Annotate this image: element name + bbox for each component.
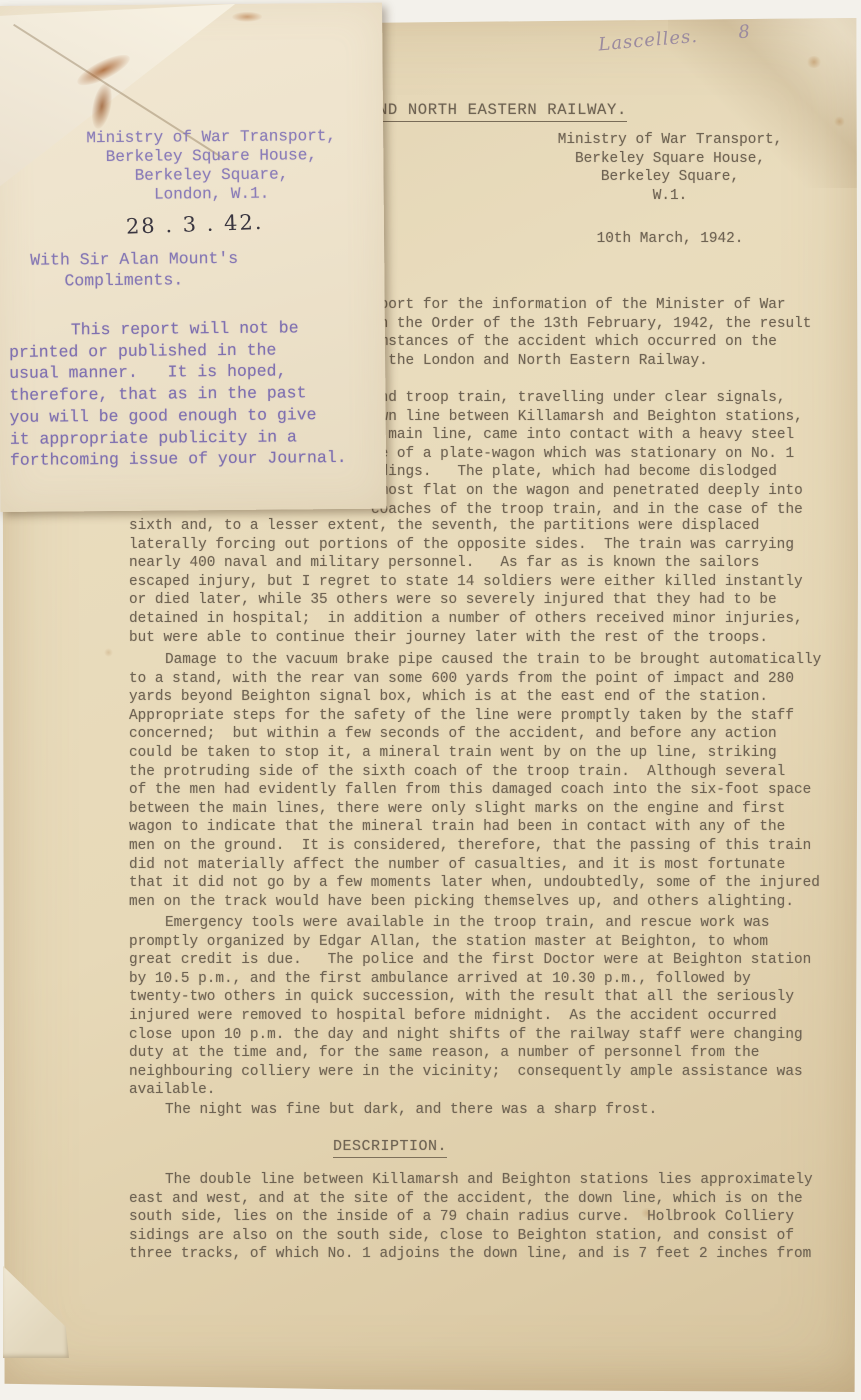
text-line: Ministry of War Transport, — [520, 131, 820, 150]
text-line: detained in hospital; in addition a numb… — [129, 610, 803, 629]
text-line: east and west, and at the site of the ac… — [129, 1190, 813, 1209]
text-line: n the London and North Eastern Railway. — [371, 352, 811, 371]
text-line: but were able to continue their journey … — [129, 629, 803, 648]
paragraph-1-fragment: eport for the information of the Ministe… — [371, 296, 811, 370]
text-line: Berkeley Square House, — [520, 150, 820, 169]
text-line: The night was fine but dark, and there w… — [129, 1101, 657, 1120]
text-line: Ministry of War Transport, — [46, 127, 376, 149]
text-line: men on the track would have been picking… — [129, 893, 821, 912]
text-line: escaped injury, but I regret to state 14… — [129, 573, 803, 592]
rust-stain — [232, 12, 262, 22]
text-line: by 10.5 p.m., and the first ambulance ar… — [129, 970, 811, 989]
paragraph-5: The night was fine but dark, and there w… — [129, 1101, 657, 1120]
text-line: de of a plate-wagon which was stationary… — [371, 445, 803, 464]
text-line: With Sir Alan Mount's — [30, 248, 238, 271]
document-date: 10th March, 1942. — [520, 231, 820, 247]
compliments-slip: Ministry of War Transport,Berkeley Squar… — [0, 3, 386, 512]
text-line: close upon 10 p.m. the day and night shi… — [129, 1026, 811, 1045]
slip-handwritten-date: 28 . 3 . 42. — [126, 210, 264, 239]
text-line: nearly 400 naval and military personnel.… — [129, 554, 803, 573]
text-line: sidings are also on the south side, clos… — [129, 1227, 813, 1246]
text-line: Compliments. — [30, 269, 238, 292]
text-line: between the main lines, there were only … — [129, 800, 821, 819]
text-line: duty at the time and, for the same reaso… — [129, 1044, 811, 1063]
text-line: did not materially affect the number of … — [129, 856, 821, 875]
text-line: south side, lies on the inside of a 79 c… — [129, 1208, 813, 1227]
text-line: sixth and, to a lesser extent, the seven… — [129, 517, 803, 536]
text-line: available. — [129, 1081, 811, 1100]
text-line: great credit is due. The police and the … — [129, 951, 811, 970]
text-line: or died later, while 35 others were so s… — [129, 591, 803, 610]
text-line: laterally forcing out portions of the op… — [129, 536, 803, 555]
text-line: men on the ground. It is considered, the… — [129, 837, 821, 856]
section-heading-description: DESCRIPTION. — [280, 1138, 500, 1155]
paragraph-3: Damage to the vacuum brake pipe caused t… — [129, 651, 821, 911]
text-line: concerned; but within a few seconds of t… — [129, 725, 821, 744]
text-line: twenty-two others in quick succession, w… — [129, 988, 811, 1007]
annotation-number: 8 — [738, 21, 752, 43]
text-line: umstances of the accident which occurred… — [371, 333, 811, 352]
text-line: promptly organized by Edgar Allan, the s… — [129, 933, 811, 952]
text-line: injured were removed to hospital before … — [129, 1007, 811, 1026]
text-line: wagon to indicate that the mineral train… — [129, 818, 821, 837]
text-line: d main line, came into contact with a he… — [371, 426, 803, 445]
text-line: own line between Killamarsh and Beighton… — [371, 408, 803, 427]
slip-address: Ministry of War Transport,Berkeley Squar… — [46, 127, 377, 206]
text-line: three tracks, of which No. 1 adjoins the… — [129, 1245, 813, 1264]
document-title: AND NORTH EASTERN RAILWAY. — [368, 101, 627, 122]
text-line: idings. The plate, which had become disl… — [371, 463, 803, 482]
text-line: that it did not go by a few moments late… — [129, 874, 821, 893]
slip-compliments: With Sir Alan Mount'sCompliments. — [30, 248, 238, 292]
text-line: forthcoming issue of your Journal. — [10, 447, 384, 472]
text-line: Appropriate steps for the safety of the … — [129, 707, 821, 726]
text-line: und troop train, travelling under clear … — [371, 389, 803, 408]
text-line: yards beyond Beighton signal box, which … — [129, 688, 821, 707]
text-line: The double line between Killamarsh and B… — [129, 1171, 813, 1190]
text-line: lmost flat on the wagon and penetrated d… — [371, 482, 803, 501]
text-line: Damage to the vacuum brake pipe caused t… — [129, 651, 821, 670]
foxing-spot — [104, 648, 113, 657]
ministry-address: Ministry of War Transport,Berkeley Squar… — [520, 131, 820, 205]
text-line: neighbouring colliery were in the vicini… — [129, 1063, 811, 1082]
slip-notice-paragraph: This report will not beprinted or publis… — [9, 317, 384, 472]
paragraph-2-fragment: und troop train, travelling under clear … — [371, 389, 803, 519]
text-line: London, W.1. — [47, 184, 377, 206]
text-line: W.1. — [520, 187, 820, 206]
text-line: could be taken to stop it, a mineral tra… — [129, 744, 821, 763]
text-line: of the men had evidently fallen from thi… — [129, 781, 821, 800]
text-line: th the Order of the 13th February, 1942,… — [371, 315, 811, 334]
text-line: eport for the information of the Ministe… — [371, 296, 811, 315]
foxing-spot — [834, 116, 845, 127]
paragraph-4: Emergency tools were available in the tr… — [129, 914, 811, 1100]
text-line: Berkeley Square, — [520, 168, 820, 187]
text-line: the protruding side of the sixth coach o… — [129, 763, 821, 782]
scanned-document-photo: { "sheet": { "handwritten_annotation": "… — [0, 0, 861, 1400]
text-line: Emergency tools were available in the tr… — [129, 914, 811, 933]
paragraph-6: The double line between Killamarsh and B… — [129, 1171, 813, 1264]
foxing-spot — [640, 1208, 654, 1218]
paragraph-2-continued: sixth and, to a lesser extent, the seven… — [129, 517, 803, 647]
foxing-spot — [806, 56, 822, 68]
text-line: to a stand, with the rear van some 600 y… — [129, 670, 821, 689]
